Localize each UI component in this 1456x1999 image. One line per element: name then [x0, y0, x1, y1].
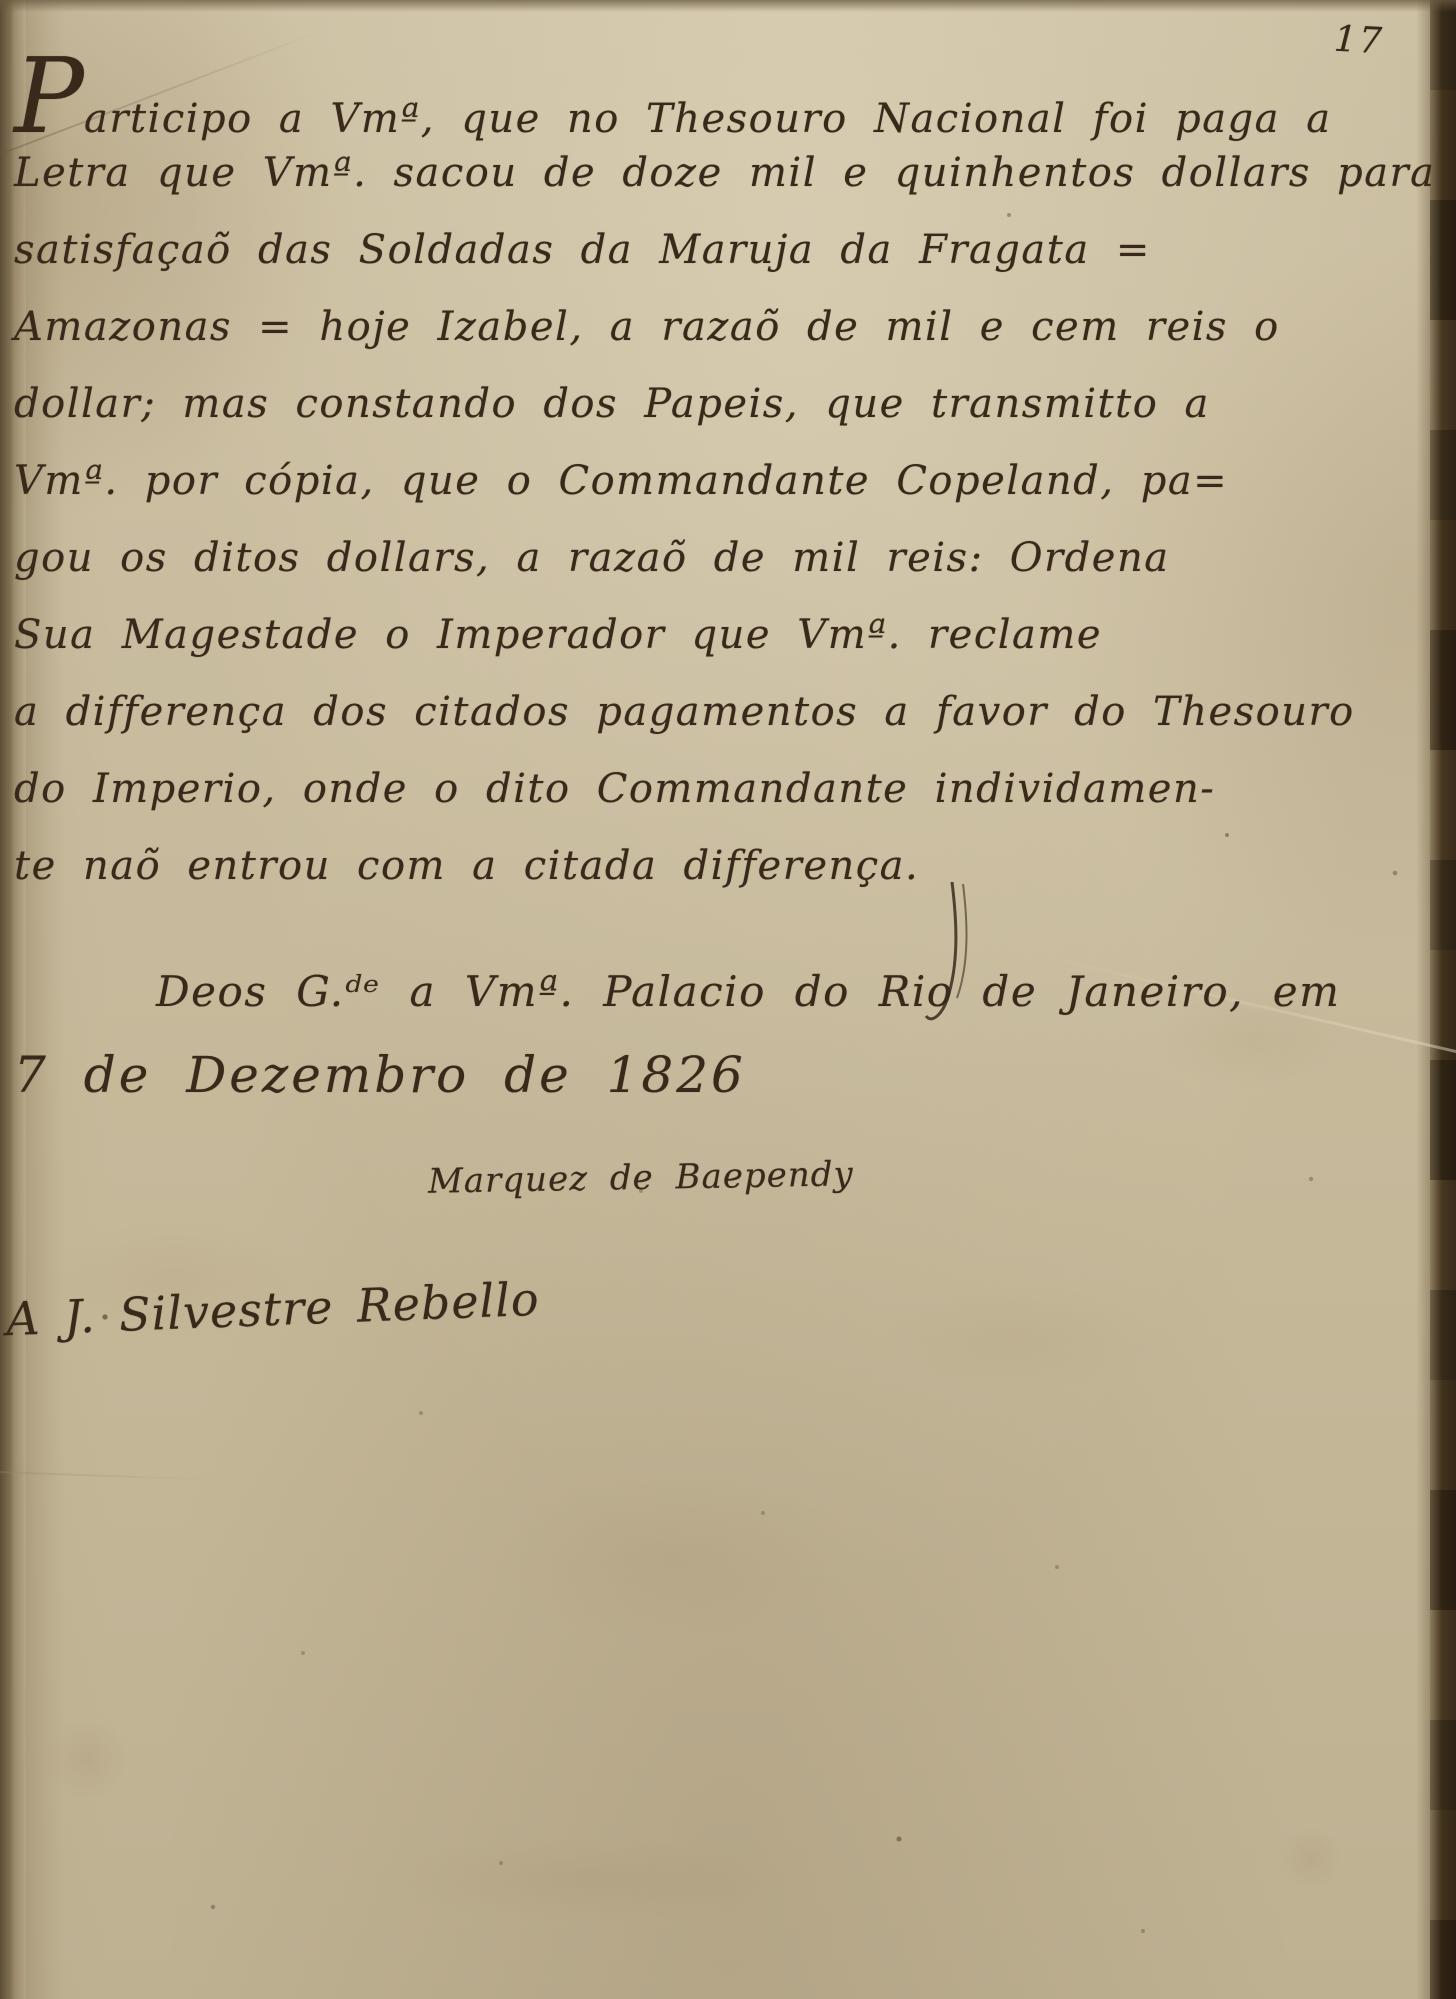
manuscript-line-8: Sua Magestade o Imperador que Vmª. recla… — [14, 597, 1430, 674]
top-edge-shadow — [0, 0, 1456, 12]
valediction-line-2: 7 de Dezembro de 1826 — [14, 1032, 1430, 1118]
manuscript-line-10: do Imperio, onde o dito Commandante indi… — [14, 751, 1430, 828]
letter-valediction: Deos G.ᵈᵉ a Vmª. Palacio do Rio de Janei… — [14, 952, 1430, 1118]
manuscript-line-4: Amazonas = hoje Izabel, a razaõ de mil e… — [14, 289, 1430, 366]
manuscript-line-3: satisfaçaõ das Soldadas da Maruja da Fra… — [14, 212, 1430, 289]
manuscript-line-6: Vmª. por cópia, que o Commandante Copela… — [14, 443, 1430, 520]
addressee-line: A J. Silvestre Rebello — [5, 1272, 540, 1346]
manuscript-line-11: te naõ entrou com a citada differença. — [14, 828, 1430, 905]
page-edge — [1430, 0, 1456, 1999]
paper-crease — [0, 1471, 220, 1481]
signature: Marquez de Baependy — [428, 1154, 854, 1201]
manuscript-line-9: a differença dos citados pagamentos a fa… — [14, 674, 1430, 751]
manuscript-line-1: Participo a Vmª, que no Thesouro Naciona… — [14, 58, 1430, 135]
manuscript-line-2: Letra que Vmª. sacou de doze mil e quinh… — [14, 135, 1430, 212]
manuscript-page: 17 Participo a Vmª, que no Thesouro Naci… — [0, 0, 1456, 1999]
manuscript-line-5: dollar; mas constando dos Papeis, que tr… — [14, 366, 1430, 443]
letter-body: Participo a Vmª, que no Thesouro Naciona… — [14, 58, 1430, 905]
manuscript-line-7: gou os ditos dollars, a razaõ de mil rei… — [14, 520, 1430, 597]
ink-specks — [0, 0, 2, 2]
page-number: 17 — [1333, 19, 1385, 63]
valediction-line-1: Deos G.ᵈᵉ a Vmª. Palacio do Rio de Janei… — [156, 952, 1430, 1032]
